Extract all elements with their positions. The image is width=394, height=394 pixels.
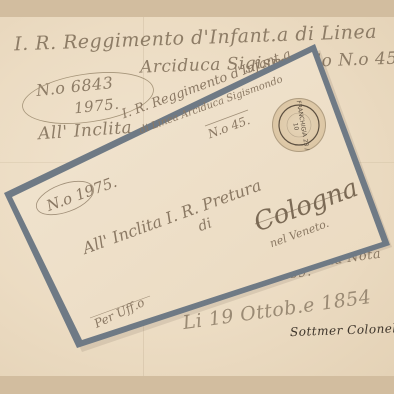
postmark-stamp: FRANCHIGIA 23 / 10 xyxy=(272,98,326,152)
